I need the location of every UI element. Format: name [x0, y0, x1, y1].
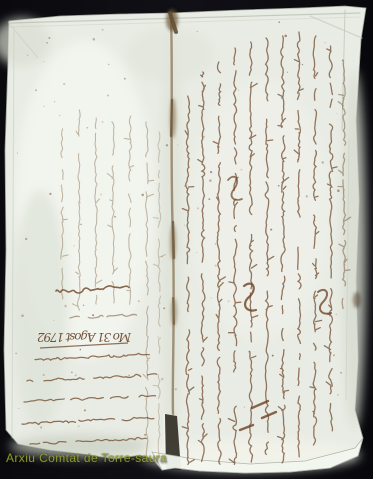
manuscript-scan-canvas: Mo 31 Agost 1792: [0, 0, 373, 479]
archive-watermark: Arxiu Comtat de Torre-saura: [6, 451, 167, 465]
scanned-manuscript-page: Mo 31 Agost 1792 Arxiu Comtat de Torre-s…: [0, 0, 373, 479]
docket-date-text: Mo 31 Agost 1792: [37, 330, 132, 344]
